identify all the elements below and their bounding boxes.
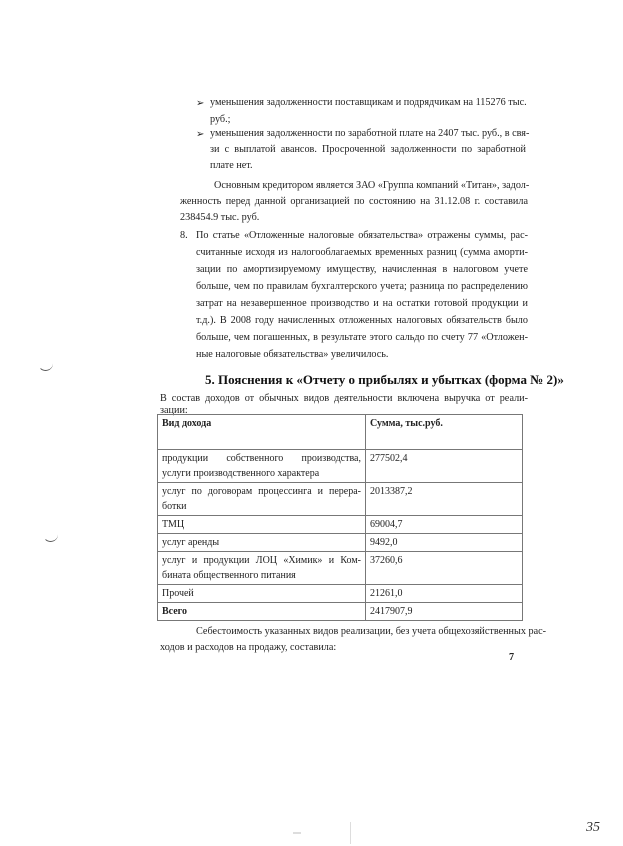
item8-line7: больше, чем погашенных, в результате это… <box>196 330 528 345</box>
column-header-amount: Сумма, тыс.руб. <box>366 415 523 450</box>
table-row: услуг по договорам процессинга и перера-… <box>158 483 523 516</box>
closing-line1: Себестоимость указанных видов реализации… <box>196 624 528 639</box>
income-type: услуг и продукции ЛОЦ «Химик» и Ком- <box>162 553 361 568</box>
bullet1-line2: руб.; <box>210 112 230 127</box>
item8-line1: По статье «Отложенные налоговые обязател… <box>196 228 528 243</box>
revenue-table: Вид дохода Сумма, тыс.руб. продукции соб… <box>157 414 523 621</box>
page-number: 7 <box>509 650 514 665</box>
table-header-row: Вид дохода Сумма, тыс.руб. <box>158 415 523 450</box>
income-type: услуг по договорам процессинга и перера- <box>162 484 361 499</box>
table-row: ТМЦ 69004,7 <box>158 516 523 534</box>
margin-mark <box>43 533 58 542</box>
income-type-cont: услуги производственного характера <box>162 466 361 481</box>
section-intro-line1: В состав доходов от обычных видов деятел… <box>160 391 528 406</box>
income-type: продукции собственного производства, <box>162 451 361 466</box>
table-row: продукции собственного производства,услу… <box>158 450 523 483</box>
income-type-cont: ботки <box>162 499 361 514</box>
table-total-row: Всего 2417907,9 <box>158 603 523 621</box>
item8-line2: считанные исходя из налогооблагаемых вре… <box>196 245 528 260</box>
amount: 69004,7 <box>366 516 523 534</box>
margin-mark <box>38 362 53 371</box>
income-type-cont: бината общественного питания <box>162 568 361 583</box>
amount: 37260,6 <box>366 552 523 585</box>
amount: 277502,4 <box>366 450 523 483</box>
table-row: Прочей 21261,0 <box>158 585 523 603</box>
amount: 2013387,2 <box>366 483 523 516</box>
creditor-line2: женность перед данной организацией по со… <box>180 194 528 209</box>
item8-line6: т.д.). В 2008 году начисленных отложенны… <box>196 313 528 328</box>
table-row: услуг аренды 9492,0 <box>158 534 523 552</box>
bullet2-line1: уменьшения задолженности по заработной п… <box>210 126 526 141</box>
bullet2-line3: плате нет. <box>210 158 253 173</box>
item8-number: 8. <box>180 228 188 243</box>
arrow-bullet-icon: ➢ <box>196 129 204 140</box>
total-amount: 2417907,9 <box>366 603 523 621</box>
scan-artifact <box>293 832 301 834</box>
item8-line3: зации по амортизируемому имуществу, начи… <box>196 262 528 277</box>
creditor-line1: Основным кредитором является ЗАО «Группа… <box>214 178 528 193</box>
bullet2-line2: зи с выплатой авансов. Просроченной задо… <box>210 142 526 157</box>
bullet1-line1: уменьшения задолженности поставщикам и п… <box>210 95 526 110</box>
item8-line5: затрат на незавершенное производство и н… <box>196 296 528 311</box>
arrow-bullet-icon: ➢ <box>196 98 204 109</box>
amount: 9492,0 <box>366 534 523 552</box>
document-page: ➢ уменьшения задолженности поставщикам и… <box>0 0 623 846</box>
handwritten-page-number: 35 <box>586 820 600 836</box>
income-type: ТМЦ <box>158 516 366 534</box>
section-heading: 5. Пояснения к «Отчету о прибылях и убыт… <box>205 372 564 388</box>
scan-artifact <box>350 822 351 844</box>
income-type: услуг аренды <box>158 534 366 552</box>
total-label: Всего <box>158 603 366 621</box>
income-type: Прочей <box>158 585 366 603</box>
table-row: услуг и продукции ЛОЦ «Химик» и Ком-бина… <box>158 552 523 585</box>
closing-line2: ходов и расходов на продажу, составила: <box>160 640 336 655</box>
item8-line4: больше, чем по правилам бухгалтерского у… <box>196 279 528 294</box>
item8-line8: ные налоговые обязательства» увеличилось… <box>196 347 388 362</box>
column-header-income-type: Вид дохода <box>158 415 366 450</box>
creditor-line3: 238454.9 тыс. руб. <box>180 210 259 225</box>
amount: 21261,0 <box>366 585 523 603</box>
